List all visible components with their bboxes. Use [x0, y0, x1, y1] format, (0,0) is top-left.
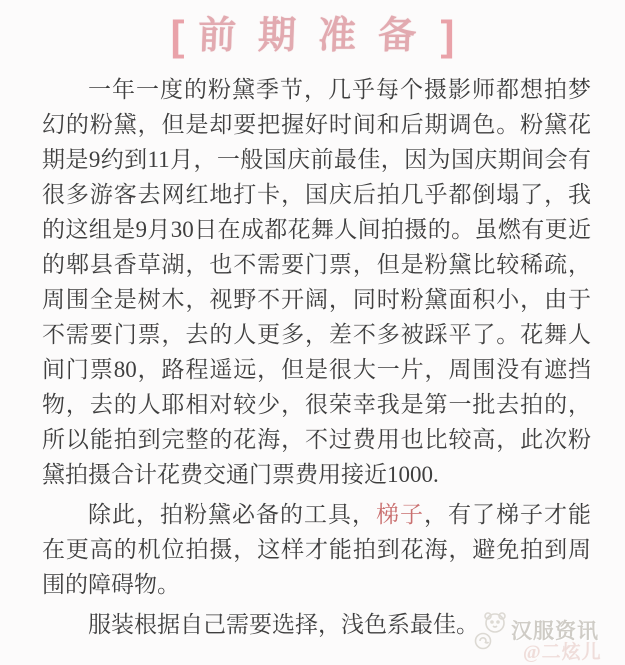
paragraph-tools-lead: 除此，拍粉黛必备的工具，: [88, 502, 376, 527]
article-body: 一年一度的粉黛季节，几乎每个摄影师都想拍梦幻的粉黛，但是却要把握好时间和后期调色…: [42, 72, 591, 642]
title-bracket-left: [: [170, 15, 184, 57]
panda-doodle-icon: [471, 609, 511, 665]
paragraph-intro: 一年一度的粉黛季节，几乎每个摄影师都想拍梦幻的粉黛，但是却要把握好时间和后期调色…: [42, 72, 591, 492]
page-title: 前期准备: [198, 17, 439, 55]
paragraph-tools: 除此，拍粉黛必备的工具，梯子，有了梯子才能在更高的机位拍摄，这样才能拍到花海，避…: [42, 497, 591, 602]
article-page: [ 前期准备 ] 一年一度的粉黛季节，几乎每个摄影师都想拍梦幻的粉黛，但是却要把…: [0, 0, 625, 665]
title-bracket-right: ]: [441, 15, 455, 57]
section-title: [ 前期准备 ]: [0, 0, 625, 64]
watermark-handle-label: @二炫儿: [523, 637, 602, 664]
highlighted-keyword: 梯子: [376, 502, 424, 527]
watermark: 汉服资讯 @二炫儿: [471, 607, 621, 663]
